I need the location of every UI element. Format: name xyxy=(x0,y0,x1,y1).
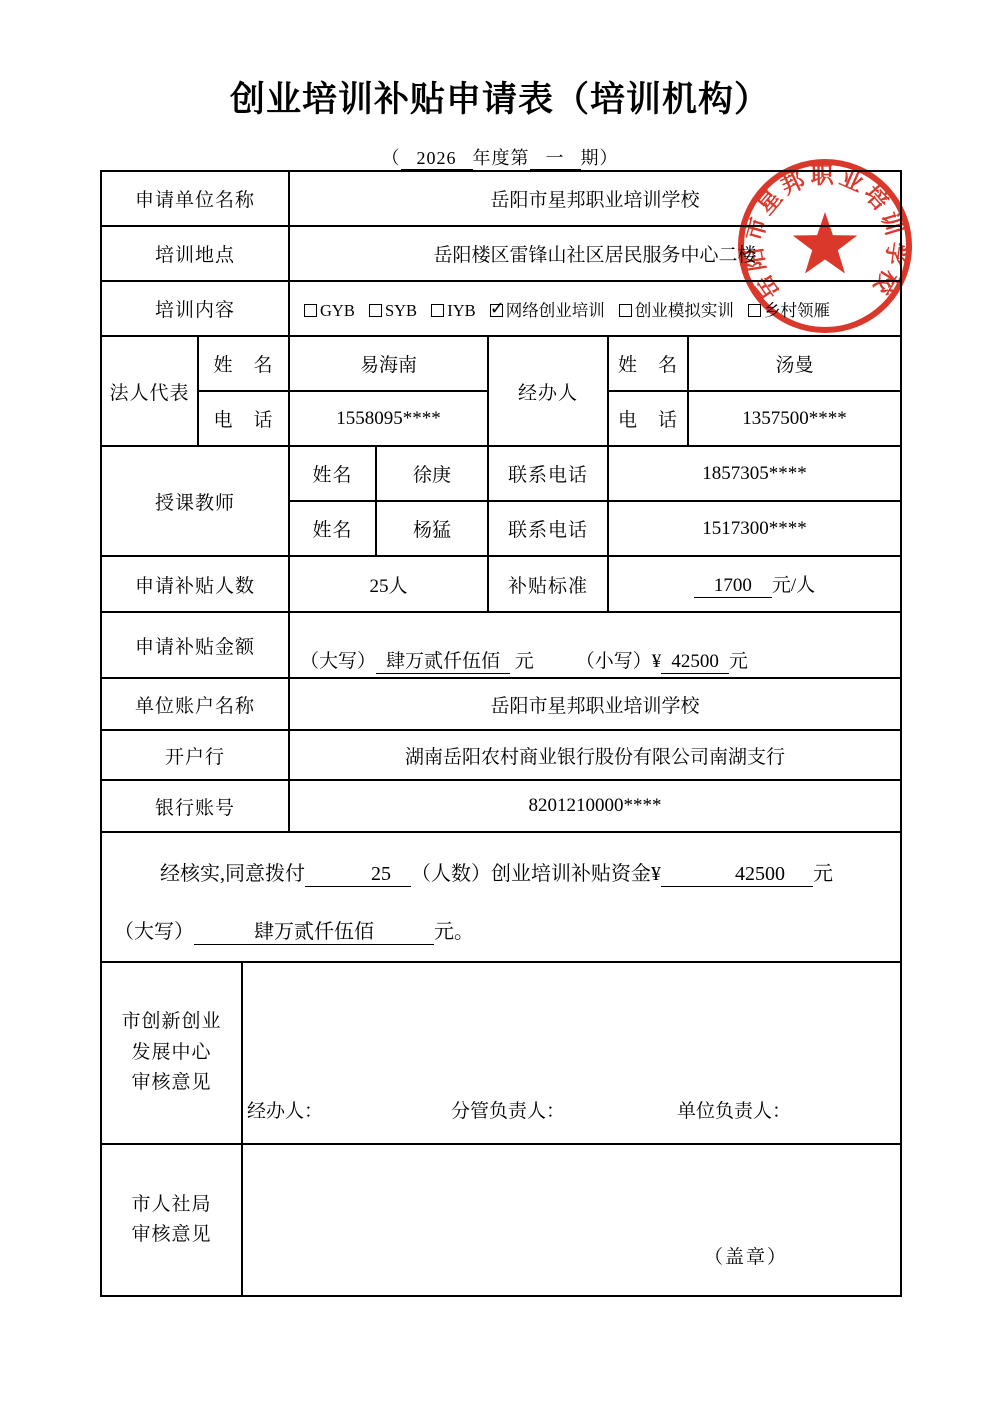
bank-label: 开户行 xyxy=(101,730,289,780)
row-approval: 经核实,同意拨付25（人数）创业培训补贴资金¥42500元 （大写）肆万贰仟伍佰… xyxy=(101,832,901,962)
bureau-review-area: （盖章） xyxy=(242,1144,901,1296)
legal-rep-phone-label: 电 话 xyxy=(198,391,289,446)
form-page: 创业培训补贴申请表（培训机构） （2026年度第一期） 申请单位名称 岳阳市星邦… xyxy=(0,0,1000,1414)
agent-phone-label: 电 话 xyxy=(608,391,688,446)
account-no-value: 8201210000**** xyxy=(289,780,901,832)
subtitle-open: （ xyxy=(382,148,401,168)
signer-unit-head: 单位负责人： xyxy=(677,1096,791,1123)
legal-rep-label: 法人代表 xyxy=(101,336,198,446)
agent-name-label: 姓 名 xyxy=(608,336,688,391)
amount-value: （大写）肆万贰仟伍佰 元（小写）¥42500元 xyxy=(289,612,901,678)
subtitle-year-blank: 2026 xyxy=(401,149,473,170)
row-bureau-review: 市人社局 审核意见 （盖章） xyxy=(101,1144,901,1296)
training-content-label: 培训内容 xyxy=(101,281,289,336)
legal-rep-phone-value: 1558095**** xyxy=(289,391,488,446)
amount-xiaoxie-blank: 42500 xyxy=(661,651,729,674)
center-review-signers: 经办人： 分管负责人： 单位负责人： xyxy=(247,1096,900,1123)
teacher1-phone-value: 1857305**** xyxy=(608,446,901,501)
account-name-label: 单位账户名称 xyxy=(101,678,289,730)
subsidy-standard-value: 1700元/人 xyxy=(608,556,901,612)
amount-daxie-blank: 肆万贰仟伍佰 xyxy=(376,651,510,674)
agent-name-value: 汤曼 xyxy=(688,336,901,391)
subtitle: （2026年度第一期） xyxy=(0,144,1000,170)
subsidy-standard-unit: 元/人 xyxy=(772,575,815,596)
checkbox-option-iyb[interactable]: IYB xyxy=(431,301,475,320)
page-title: 创业培训补贴申请表（培训机构） xyxy=(0,72,1000,122)
approval-line-1: 经核实,同意拨付25（人数）创业培训补贴资金¥42500元 xyxy=(114,857,890,887)
amount-xiaoxie-label: （小写）¥ xyxy=(576,651,662,672)
teacher2-name-label: 姓名 xyxy=(289,501,376,556)
application-form-table: 申请单位名称 岳阳市星邦职业培训学校 培训地点 岳阳楼区雷锋山社区居民服务中心二… xyxy=(100,170,902,1297)
bank-value: 湖南岳阳农村商业银行股份有限公司南湖支行 xyxy=(289,730,901,780)
checkbox-icon[interactable] xyxy=(304,304,317,317)
checkbox-checked-icon[interactable]: ✓ xyxy=(490,304,503,317)
subtitle-close: 期） xyxy=(581,148,619,168)
account-no-label: 银行账号 xyxy=(101,780,289,832)
teacher2-phone-label: 联系电话 xyxy=(488,501,608,556)
agent-phone-value: 1357500**** xyxy=(688,391,901,446)
row-legal-rep-name: 法人代表 姓 名 易海南 经办人 姓 名 汤曼 xyxy=(101,336,901,391)
row-amount: 申请补贴金额 （大写）肆万贰仟伍佰 元（小写）¥42500元 xyxy=(101,612,901,678)
subtitle-issue-blank: 一 xyxy=(530,149,581,170)
amount-daxie-label: （大写） xyxy=(300,651,376,672)
subtitle-mid: 年度第 xyxy=(473,148,530,168)
teacher2-name-value: 杨猛 xyxy=(376,501,488,556)
subsidy-standard-label: 补贴标准 xyxy=(488,556,608,612)
amount-daxie-unit: 元 xyxy=(515,651,534,672)
checkbox-option-network[interactable]: ✓网络创业培训 xyxy=(490,301,605,320)
row-bank: 开户行 湖南岳阳农村商业银行股份有限公司南湖支行 xyxy=(101,730,901,780)
approval-line-2: （大写）肆万贰仟伍佰元。 xyxy=(114,915,890,945)
unit-name-label: 申请单位名称 xyxy=(101,171,289,226)
center-review-area: 经办人： 分管负责人： 单位负责人： xyxy=(242,962,901,1144)
checkbox-icon[interactable] xyxy=(619,304,632,317)
row-account-name: 单位账户名称 岳阳市星邦职业培训学校 xyxy=(101,678,901,730)
row-teacher-1: 授课教师 姓名 徐庚 联系电话 1857305**** xyxy=(101,446,901,501)
checkbox-icon[interactable] xyxy=(748,304,761,317)
signer-supervisor: 分管负责人： xyxy=(451,1096,677,1123)
checkbox-icon[interactable] xyxy=(431,304,444,317)
approval-daxie-blank: 肆万贰仟伍佰 xyxy=(194,921,434,945)
teacher1-name-value: 徐庚 xyxy=(376,446,488,501)
headcount-label: 申请补贴人数 xyxy=(101,556,289,612)
checkbox-icon[interactable] xyxy=(369,304,382,317)
teachers-label: 授课教师 xyxy=(101,446,289,556)
checkbox-option-rural[interactable]: 乡村领雁 xyxy=(748,301,830,320)
teacher1-phone-label: 联系电话 xyxy=(488,446,608,501)
seal-note: （盖章） xyxy=(704,1242,788,1269)
account-name-value: 岳阳市星邦职业培训学校 xyxy=(289,678,901,730)
legal-rep-name-value: 易海南 xyxy=(289,336,488,391)
teacher2-phone-value: 1517300**** xyxy=(608,501,901,556)
approval-paragraph: 经核实,同意拨付25（人数）创业培训补贴资金¥42500元 （大写）肆万贰仟伍佰… xyxy=(101,832,901,962)
subsidy-standard-blank: 1700 xyxy=(694,575,772,598)
legal-rep-name-label: 姓 名 xyxy=(198,336,289,391)
bureau-review-label: 市人社局 审核意见 xyxy=(101,1144,242,1296)
agent-label: 经办人 xyxy=(488,336,608,446)
center-review-label: 市创新创业 发展中心 审核意见 xyxy=(101,962,242,1144)
unit-name-value: 岳阳市星邦职业培训学校 xyxy=(289,171,901,226)
row-location: 培训地点 岳阳楼区雷锋山社区居民服务中心二楼 xyxy=(101,226,901,281)
signer-agent: 经办人： xyxy=(247,1096,451,1123)
approval-amount-blank: 42500 xyxy=(661,863,813,887)
location-label: 培训地点 xyxy=(101,226,289,281)
headcount-value: 25人 xyxy=(289,556,488,612)
training-content-options: GYB SYB IYB ✓网络创业培训 创业模拟实训 乡村领雁 xyxy=(289,281,901,336)
row-headcount: 申请补贴人数 25人 补贴标准 1700元/人 xyxy=(101,556,901,612)
checkbox-option-syb[interactable]: SYB xyxy=(369,301,417,320)
location-value: 岳阳楼区雷锋山社区居民服务中心二楼 xyxy=(289,226,901,281)
teacher1-name-label: 姓名 xyxy=(289,446,376,501)
row-training-content: 培训内容 GYB SYB IYB ✓网络创业培训 创业模拟实训 乡村领雁 xyxy=(101,281,901,336)
amount-label: 申请补贴金额 xyxy=(101,612,289,678)
amount-xiaoxie-unit: 元 xyxy=(729,651,748,672)
approval-headcount-blank: 25 xyxy=(305,863,411,887)
row-account-no: 银行账号 8201210000**** xyxy=(101,780,901,832)
checkbox-option-simulation[interactable]: 创业模拟实训 xyxy=(619,301,734,320)
row-unit-name: 申请单位名称 岳阳市星邦职业培训学校 xyxy=(101,171,901,226)
checkbox-option-gyb[interactable]: GYB xyxy=(304,301,355,320)
row-center-review: 市创新创业 发展中心 审核意见 经办人： 分管负责人： 单位负责人： xyxy=(101,962,901,1144)
